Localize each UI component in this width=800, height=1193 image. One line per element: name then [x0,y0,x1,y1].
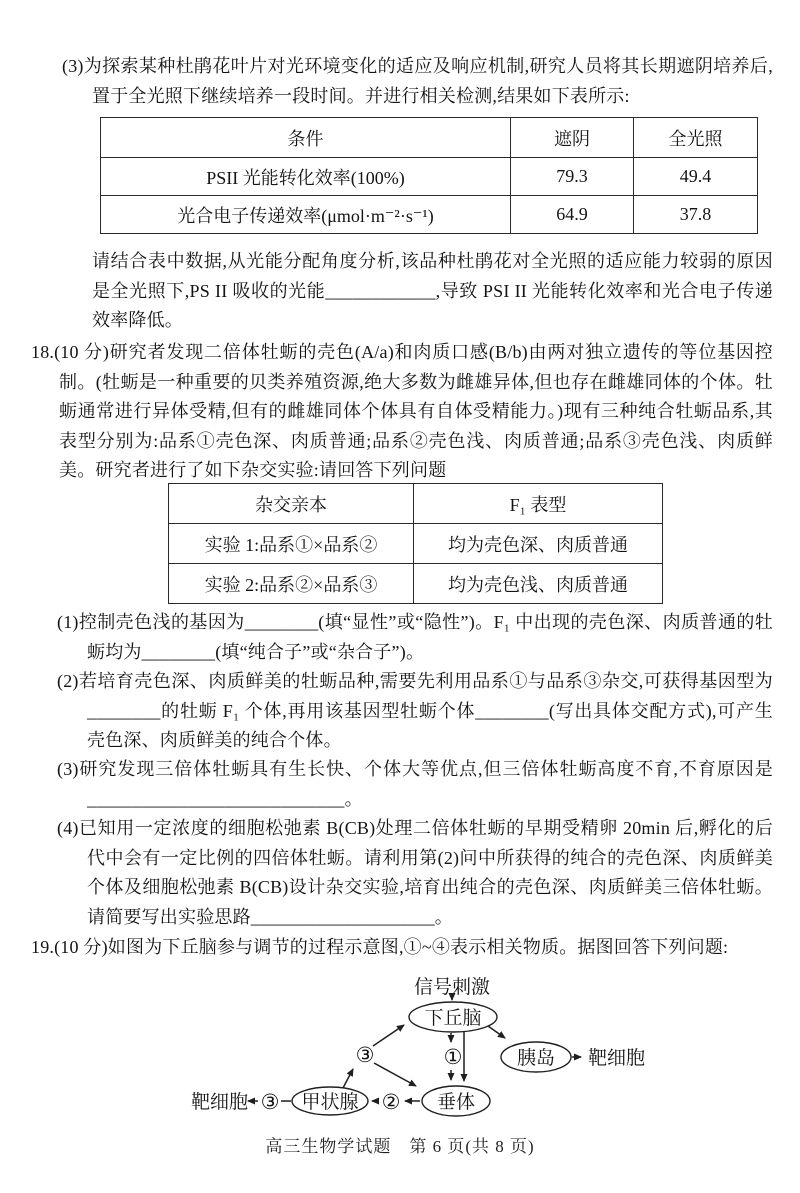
cell-psii-shade: 79.3 [511,158,634,196]
question-19-stem: 19.(10 分)如图为下丘脑参与调节的过程示意图,①~④表示相关物质。据图回答… [59,933,773,963]
question-18-part-4: (4)已知用一定浓度的细胞松弛素 B(CB)处理二倍体牡蛎的早期受精卵 20mi… [87,814,773,932]
signal-stimulus-label: 信号刺激 [414,976,490,998]
hypothalamus-regulation-diagram: 信号刺激 下丘脑 ① 胰岛 靶细胞 垂体 ② 甲状腺 ③ 靶细胞 ③ [148,970,668,1130]
light-condition-table: 条件 遮阴 全光照 PSII 光能转化效率(100%) 79.3 49.4 光合… [100,117,758,234]
cell-electron-shade: 64.9 [511,196,634,234]
substance-3-left-label: ③ [261,1090,280,1114]
arrow-thyroid-to-substance3-upper [343,1069,353,1088]
cell-psii-label: PSII 光能转化效率(100%) [101,158,511,196]
cell-electron-full: 37.8 [634,196,758,234]
cell-psii-full: 49.4 [634,158,758,196]
substance-3-upper-label: ③ [356,1043,375,1067]
substance-2-label: ② [382,1090,401,1114]
question-18-part-3: (3)研究发现三倍体牡蛎具有生长快、个体大等优点,但三倍体牡蛎高度不育,不育原因… [87,755,773,814]
cell-exp1-f1: 均为壳色深、肉质普通 [414,524,663,564]
question-18-stem: 18.(10 分)研究者发现二倍体牡蛎的壳色(A/a)和肉质口感(B/b)由两对… [59,338,773,486]
target-cell-right-label: 靶细胞 [588,1047,645,1069]
table-header-row: 条件 遮阴 全光照 [101,118,758,158]
arrow-hypothalamus-to-islet [488,1026,505,1038]
question-3-intro: (3)为探索某种杜鹃花叶片对光环境变化的适应及响应机制,研究人员将其长期遮阴培养… [92,52,773,111]
table-header-row: 杂交亲本 F₁ 表型 [169,484,663,524]
header-parents: 杂交亲本 [169,484,414,524]
cell-exp2-parents: 实验 2:品系②×品系③ [169,564,414,604]
exam-page: { "q3": { "intro": "(3)为探索某种杜鹃花叶片对光环境变化的… [0,0,800,1193]
arrow-substance3-to-pituitary [374,1063,416,1086]
page-footer: 高三生物学试题 第 6 页(共 8 页) [0,1132,800,1157]
cell-exp1-parents: 实验 1:品系①×品系② [169,524,414,564]
cell-electron-label: 光合电子传递效率(μmol·m⁻²·s⁻¹) [101,196,511,234]
question-3-analysis: 请结合表中数据,从光能分配角度分析,该品种杜鹃花对全光照的适应能力较弱的原因是全… [92,247,773,336]
question-18-part-1: (1)控制壳色浅的基因为________(填“显性”或“隐性”)。F₁ 中出现的… [87,608,773,667]
cell-exp2-f1: 均为壳色浅、肉质普通 [414,564,663,604]
header-shade: 遮阴 [511,118,634,158]
header-f1-phenotype: F₁ 表型 [414,484,663,524]
table-row: 实验 1:品系①×品系② 均为壳色深、肉质普通 [169,524,663,564]
substance-1-label: ① [444,1045,463,1069]
header-full-light: 全光照 [634,118,758,158]
header-condition: 条件 [101,118,511,158]
target-cell-left-label: 靶细胞 [191,1091,248,1113]
cross-experiment-table: 杂交亲本 F₁ 表型 实验 1:品系①×品系② 均为壳色深、肉质普通 实验 2:… [168,483,663,604]
pancreatic-islet-label: 胰岛 [517,1047,555,1069]
arrow-substance3-to-hypothalamus [373,1025,404,1046]
hypothalamus-label: 下丘脑 [424,1007,481,1029]
pituitary-label: 垂体 [437,1091,475,1113]
thyroid-label: 甲状腺 [301,1091,358,1113]
question-18-part-2: (2)若培育壳色深、肉质鲜美的牡蛎品种,需要先利用品系①与品系③杂交,可获得基因… [87,667,773,756]
table-row: 光合电子传递效率(μmol·m⁻²·s⁻¹) 64.9 37.8 [101,196,758,234]
table-row: 实验 2:品系②×品系③ 均为壳色浅、肉质普通 [169,564,663,604]
table-row: PSII 光能转化效率(100%) 79.3 49.4 [101,158,758,196]
